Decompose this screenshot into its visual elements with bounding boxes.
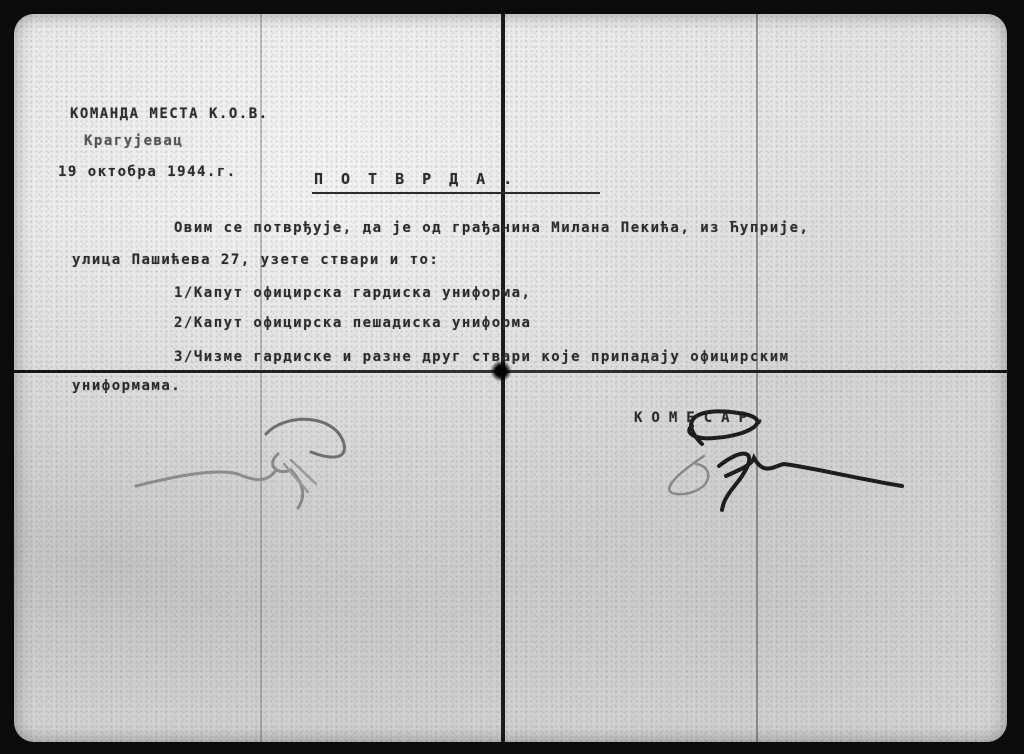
body-line-1: Овим се потврђује, да је од грађанина Ми… [174, 220, 809, 236]
item-2: 2/Капут официрска пешадиска униформа [174, 315, 531, 331]
document-title: ПОТВРДА. [314, 170, 530, 188]
document-paper: КОМАНДА МЕСТА К.О.В. Крагујевац 19 октоб… [14, 14, 1007, 742]
title-underline [312, 192, 600, 194]
signature-label: КОМЕСАР, [634, 410, 773, 426]
header-organization: КОМАНДА МЕСТА К.О.В. [70, 106, 269, 122]
header-date: 19 октобра 1944.г. [58, 164, 237, 180]
fold-line-vertical [756, 14, 758, 742]
signature-faint [126, 404, 356, 524]
photo-frame: КОМАНДА МЕСТА К.О.В. Крагујевац 19 октоб… [0, 0, 1024, 754]
item-3: 3/Чизме гардиске и разне друг ствари кој… [174, 349, 790, 365]
item-1: 1/Капут официрска гардиска униформа, [174, 285, 531, 301]
fold-line-vertical [260, 14, 262, 742]
item-3-continuation: униформама. [72, 378, 181, 394]
header-place: Крагујевац [84, 133, 183, 149]
body-line-2: улица Пашићева 27, узете ствари и то: [72, 252, 439, 268]
